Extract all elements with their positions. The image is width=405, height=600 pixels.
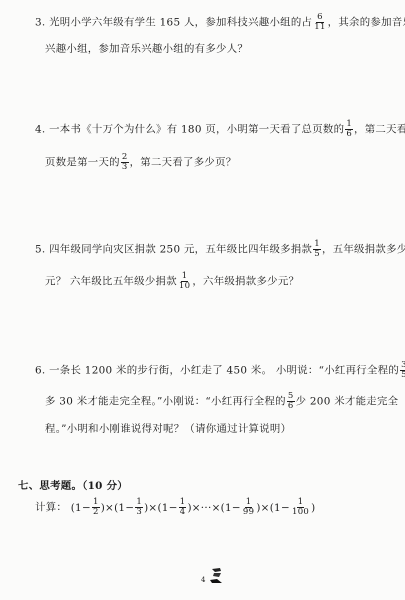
q5-line2: 元？ 六年级比五年级少捐款110，六年级捐款多少元？ xyxy=(45,272,299,291)
q4-text: 4. 一本书《十万个为什么》有 180 页，小明第一天看了总页数的 xyxy=(35,124,344,136)
q5-text: ，六年级捐款多少元？ xyxy=(192,276,299,288)
term: (1−199)× xyxy=(221,502,270,514)
q6-text: 少 200 米才能走完全 xyxy=(296,396,399,408)
q3-line1: 3. 光明小学六年级有学生 165 人，参加科技兴趣小组的占611，其余的参加音… xyxy=(35,13,405,32)
q3-line2: 兴趣小组，参加音乐兴趣小组的有多少人？ xyxy=(45,40,248,55)
term: (1−13)× xyxy=(114,502,157,514)
q6-line1: 6. 一条长 1200 米的步行街，小红走了 450 米。 小明说：“小红再行全… xyxy=(35,361,405,380)
fraction: 23 xyxy=(121,153,129,172)
q6-text: 多 30 米才能走完全程。”小刚说：“小红再行全程的 xyxy=(45,396,286,408)
fraction: 56 xyxy=(287,392,295,411)
q4-line1: 4. 一本书《十万个为什么》有 180 页，小明第一天看了总页数的16，第二天看… xyxy=(35,120,405,139)
q5-text: ，五年级捐款多少 xyxy=(322,244,405,256)
calc-expression: 计算： (1−12)×(1−13)×(1−14)×···×(1−199)×(1−… xyxy=(35,498,315,517)
q4-text: ，第二天看的 xyxy=(354,124,405,136)
term: (1−1100) xyxy=(270,502,316,514)
page-number: 4 xyxy=(201,576,205,584)
q5-line1: 5. 四年级同学向灾区捐款 250 元，五年级比四年级多捐款15，五年级捐款多少 xyxy=(35,240,405,259)
calc-label: 计算： xyxy=(35,502,67,514)
fraction: 611 xyxy=(313,13,326,32)
term: (1−12)× xyxy=(71,502,114,514)
q4-text: ，第二天看了多少页？ xyxy=(130,157,237,169)
q3-text: 3. 光明小学六年级有学生 165 人，参加科技兴趣小组的占 xyxy=(35,17,312,29)
term: (1−14)×···× xyxy=(157,502,220,514)
q5-text: 5. 四年级同学向灾区捐款 250 元，五年级比四年级多捐款 xyxy=(35,244,312,256)
fraction: 15 xyxy=(313,240,321,259)
q5-text: 元？ 六年级比五年级少捐款 xyxy=(45,276,177,288)
publisher-logo-icon xyxy=(209,567,223,585)
fraction: 16 xyxy=(345,120,353,139)
q6-line2: 多 30 米才能走完全程。”小刚说：“小红再行全程的56少 200 米才能走完全 xyxy=(45,392,398,411)
fraction: 110 xyxy=(178,272,191,291)
fraction: 35 xyxy=(400,361,405,380)
section-heading: 七、思考题。（10 分） xyxy=(18,477,128,492)
q4-line2: 页数是第一天的23，第二天看了多少页？ xyxy=(45,153,236,172)
q4-text: 页数是第一天的 xyxy=(45,157,120,169)
q6-text: 6. 一条长 1200 米的步行街，小红走了 450 米。 小明说：“小红再行全… xyxy=(35,365,399,377)
q3-text: ，其余的参加音乐 xyxy=(328,17,405,29)
q6-line3: 程。”小明和小刚谁说得对呢？（请你通过计算说明） xyxy=(45,420,291,435)
